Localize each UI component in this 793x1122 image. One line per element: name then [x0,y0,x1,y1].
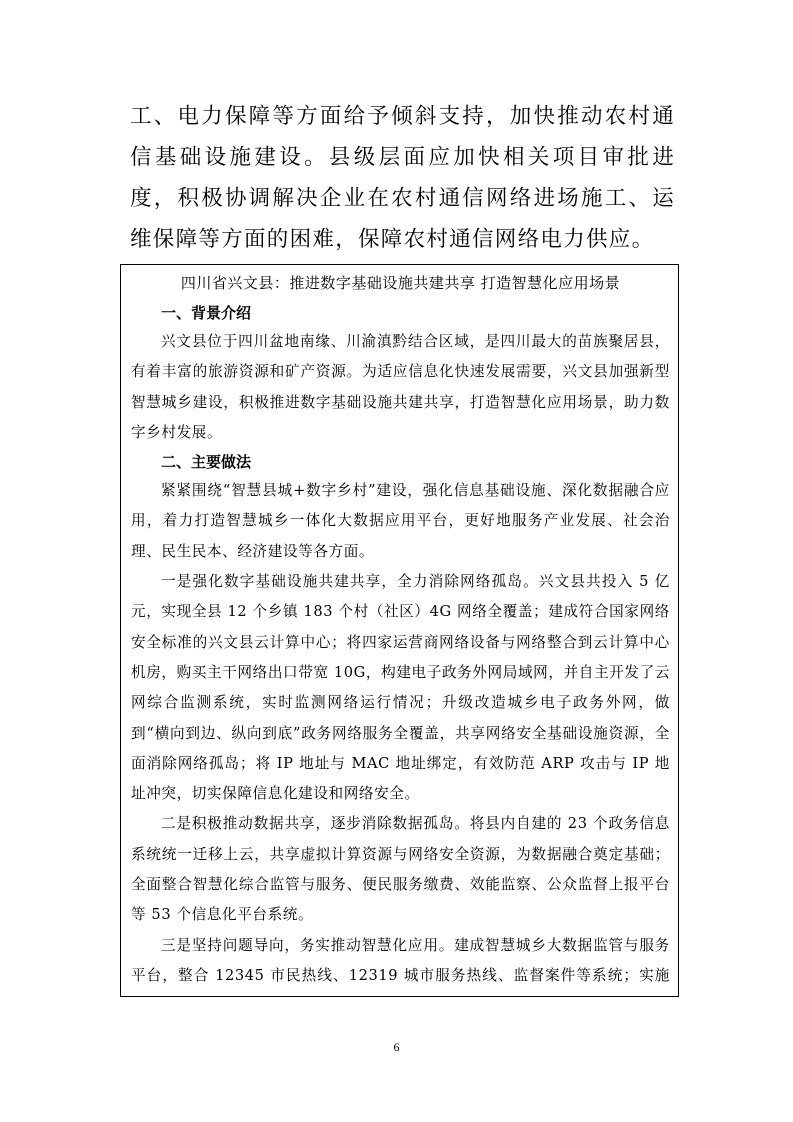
practices-overview-paragraph: 紧紧围绕“智慧县城+数字乡村”建设，强化信息基础设施、深化数据融合应用，着力打造… [131,476,670,567]
section-heading-main-practices: 二、主要做法 [131,448,670,476]
practice-3-paragraph: 三是坚持问题导向，务实推动智慧化应用。建成智慧城乡大数据监管与服务平台，整合 1… [131,931,670,997]
background-paragraph: 兴文县位于四川盆地南缘、川渝滇黔结合区域，是四川最大的苗族聚居县，有着丰富的旅游… [131,327,670,448]
intro-text-block: 工、电力保障等方面给予倾斜支持，加快推动农村通信基础设施建设。县级层面应加快相关… [130,96,675,260]
section-heading-background: 一、背景介绍 [131,299,670,327]
intro-paragraph: 工、电力保障等方面给予倾斜支持，加快推动农村通信基础设施建设。县级层面应加快相关… [130,96,675,260]
case-study-box: 四川省兴文县：推进数字基础设施共建共享 打造智慧化应用场景 一、背景介绍 兴文县… [120,264,679,997]
practice-1-paragraph: 一是强化数字基础设施共建共享，全力消除网络孤岛。兴文县共投入 5 亿元，实现全县… [131,567,670,809]
page-number: 6 [0,1040,793,1055]
case-study-title: 四川省兴文县：推进数字基础设施共建共享 打造智慧化应用场景 [131,271,670,295]
practice-2-paragraph: 二是积极推动数据共享，逐步消除数据孤岛。将县内自建的 23 个政务信息系统统一迁… [131,809,670,930]
